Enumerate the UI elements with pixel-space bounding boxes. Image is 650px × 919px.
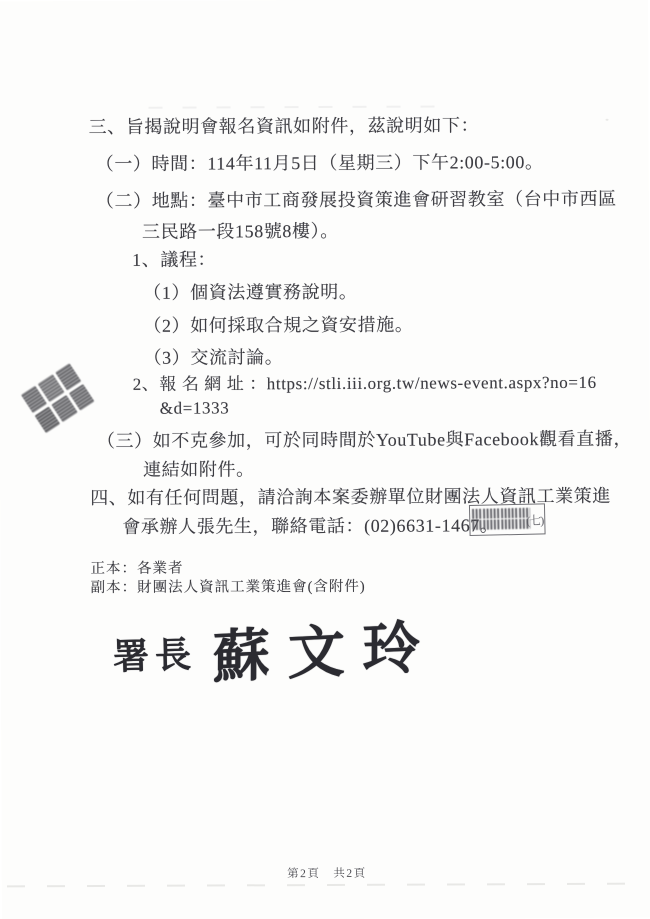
agenda-item-3: （3）交流討論。 xyxy=(143,343,283,370)
agenda-item-2: （2）如何採取合規之資安措施。 xyxy=(143,311,413,338)
clause-3-3-livestream-cont: 連結如附件。 xyxy=(143,455,255,481)
agenda-heading: 1、議程： xyxy=(132,245,216,271)
clause-3-2-location-cont: 三民路一段158號8樓）。 xyxy=(142,217,339,244)
signature-handwritten-name: 蘇文玲 xyxy=(213,601,438,694)
clause-3-1-time: （一）時間：114年11月5日（星期三）下午2:00-5:00。 xyxy=(96,148,544,176)
clause-3-2-location: （二）地點：臺中市工商發展投資策進會研習教室（台中市西區 xyxy=(96,185,617,213)
clause-4-contact-cont: 會承辦人張先生，聯絡電話：(02)6631-1467。 xyxy=(122,511,498,539)
clause-3-heading: 三、旨揭說明會報名資訊如附件，茲說明如下： xyxy=(88,111,479,139)
document-page: 三、旨揭說明會報名資訊如附件，茲說明如下： （一）時間：114年11月5日（星期… xyxy=(0,0,650,919)
approval-stamp-text-row xyxy=(472,508,530,519)
signature-block: 署長 蘇文玲 xyxy=(112,603,439,695)
registration-url-line: 2、報 名 網 址 ：https://stli.iii.org.tw/news-… xyxy=(133,368,597,395)
copy-duplicate-line: 副本：財團法人資訊工業策進會(含附件) xyxy=(91,575,366,597)
scan-artifact xyxy=(148,105,448,108)
approval-stamp-suffix: (七) xyxy=(526,511,543,528)
registration-receipt-stamp xyxy=(21,363,95,433)
clause-3-3-livestream: （三）如不克參加，可於同時間於YouTube與Facebook觀看直播， xyxy=(97,425,632,453)
signature-title: 署長 xyxy=(112,626,198,680)
scan-artifact xyxy=(606,119,609,121)
agenda-item-1: （1）個資法遵實務說明。 xyxy=(143,278,357,305)
scan-artifact xyxy=(7,883,639,888)
approval-stamp-text-row xyxy=(472,519,530,530)
registration-url-cont: &d=1333 xyxy=(160,398,230,418)
page-footer: 第2頁 共2頁 xyxy=(2,864,650,883)
approval-stamp: (七) xyxy=(469,503,546,536)
